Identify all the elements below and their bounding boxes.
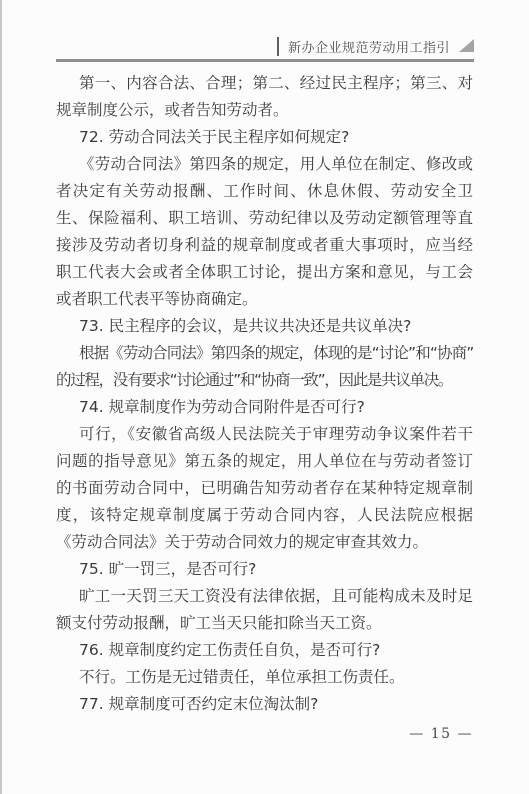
page-number: — 15 — bbox=[409, 726, 473, 742]
header-rule bbox=[56, 59, 474, 62]
corner-triangle-icon bbox=[459, 39, 474, 52]
page-footer: — 15 — bbox=[409, 723, 473, 742]
body-paragraph: 旷工一天罚三天工资没有法律依据，且可能构成未及时足额支付劳动报酬，旷工当天只能扣… bbox=[56, 583, 473, 637]
page-body: 第一、内容合法、合理；第二、经过民主程序；第三、对规章制度公示，或者告知劳动者。… bbox=[56, 70, 473, 718]
body-paragraph: 可行，《安徽省高级人民法院关于审理劳动争议案件若干问题的指导意见》第五条的规定，… bbox=[56, 421, 473, 556]
question-heading: 74. 规章制度作为劳动合同附件是否可行? bbox=[56, 394, 473, 421]
body-paragraph: 第一、内容合法、合理；第二、经过民主程序；第三、对规章制度公示，或者告知劳动者。 bbox=[56, 70, 473, 124]
header-separator-bar bbox=[277, 37, 279, 56]
body-paragraph: 根据《劳动合同法》第四条的规定，体现的是“讨论”和“协商”的过程，没有要求“讨论… bbox=[56, 340, 473, 394]
body-paragraph: 不行。工伤是无过错责任，单位承担工伤责任。 bbox=[56, 664, 473, 691]
header-row: 新办企业规范劳动用工指引 bbox=[56, 0, 474, 56]
page-header: 新办企业规范劳动用工指引 bbox=[56, 0, 474, 62]
question-heading: 77. 规章制度可否约定末位淘汰制? bbox=[56, 691, 473, 718]
question-heading: 72. 劳动合同法关于民主程序如何规定? bbox=[56, 124, 473, 151]
page-scan-edge bbox=[0, 0, 2, 794]
question-heading: 76. 规章制度约定工伤责任自负，是否可行? bbox=[56, 637, 473, 664]
question-heading: 73. 民主程序的会议，是共议共决还是共议单决? bbox=[56, 313, 473, 340]
question-heading: 75. 旷一罚三，是否可行? bbox=[56, 556, 473, 583]
header-title: 新办企业规范劳动用工指引 bbox=[288, 37, 450, 56]
document-page: 新办企业规范劳动用工指引 第一、内容合法、合理；第二、经过民主程序；第三、对规章… bbox=[0, 0, 529, 794]
body-paragraph: 《劳动合同法》第四条的规定，用人单位在制定、修改或者决定有关劳动报酬、工作时间、… bbox=[56, 151, 473, 313]
